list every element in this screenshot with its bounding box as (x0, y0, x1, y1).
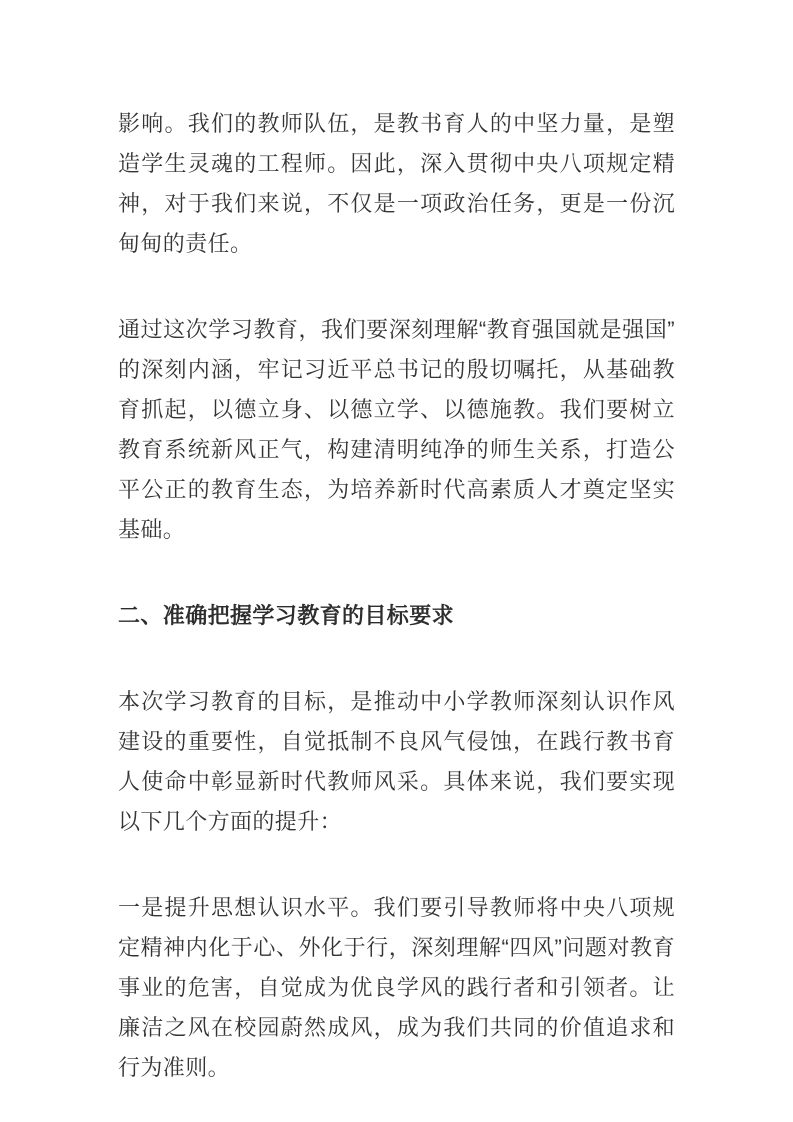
paragraph-goals: 本次学习教育的目标，是推动中小学教师深刻认识作风建设的重要性，自觉抵制不良风气侵… (118, 682, 675, 842)
paragraph-continuation: 影响。我们的教师队伍，是教书育人的中坚力量，是塑造学生灵魂的工程师。因此，深入贯… (118, 104, 675, 264)
paragraph-study-education: 通过这次学习教育，我们要深刻理解“教育强国就是强国”的深刻内涵，牢记习近平总书记… (118, 310, 675, 550)
paragraph-first-improvement: 一是提升思想认识水平。我们要引导教师将中央八项规定精神内化于心、外化于行，深刻理… (118, 888, 675, 1088)
section-heading: 二、准确把握学习教育的目标要求 (118, 596, 675, 636)
document-page: 影响。我们的教师队伍，是教书育人的中坚力量，是塑造学生灵魂的工程师。因此，深入贯… (0, 0, 793, 1122)
